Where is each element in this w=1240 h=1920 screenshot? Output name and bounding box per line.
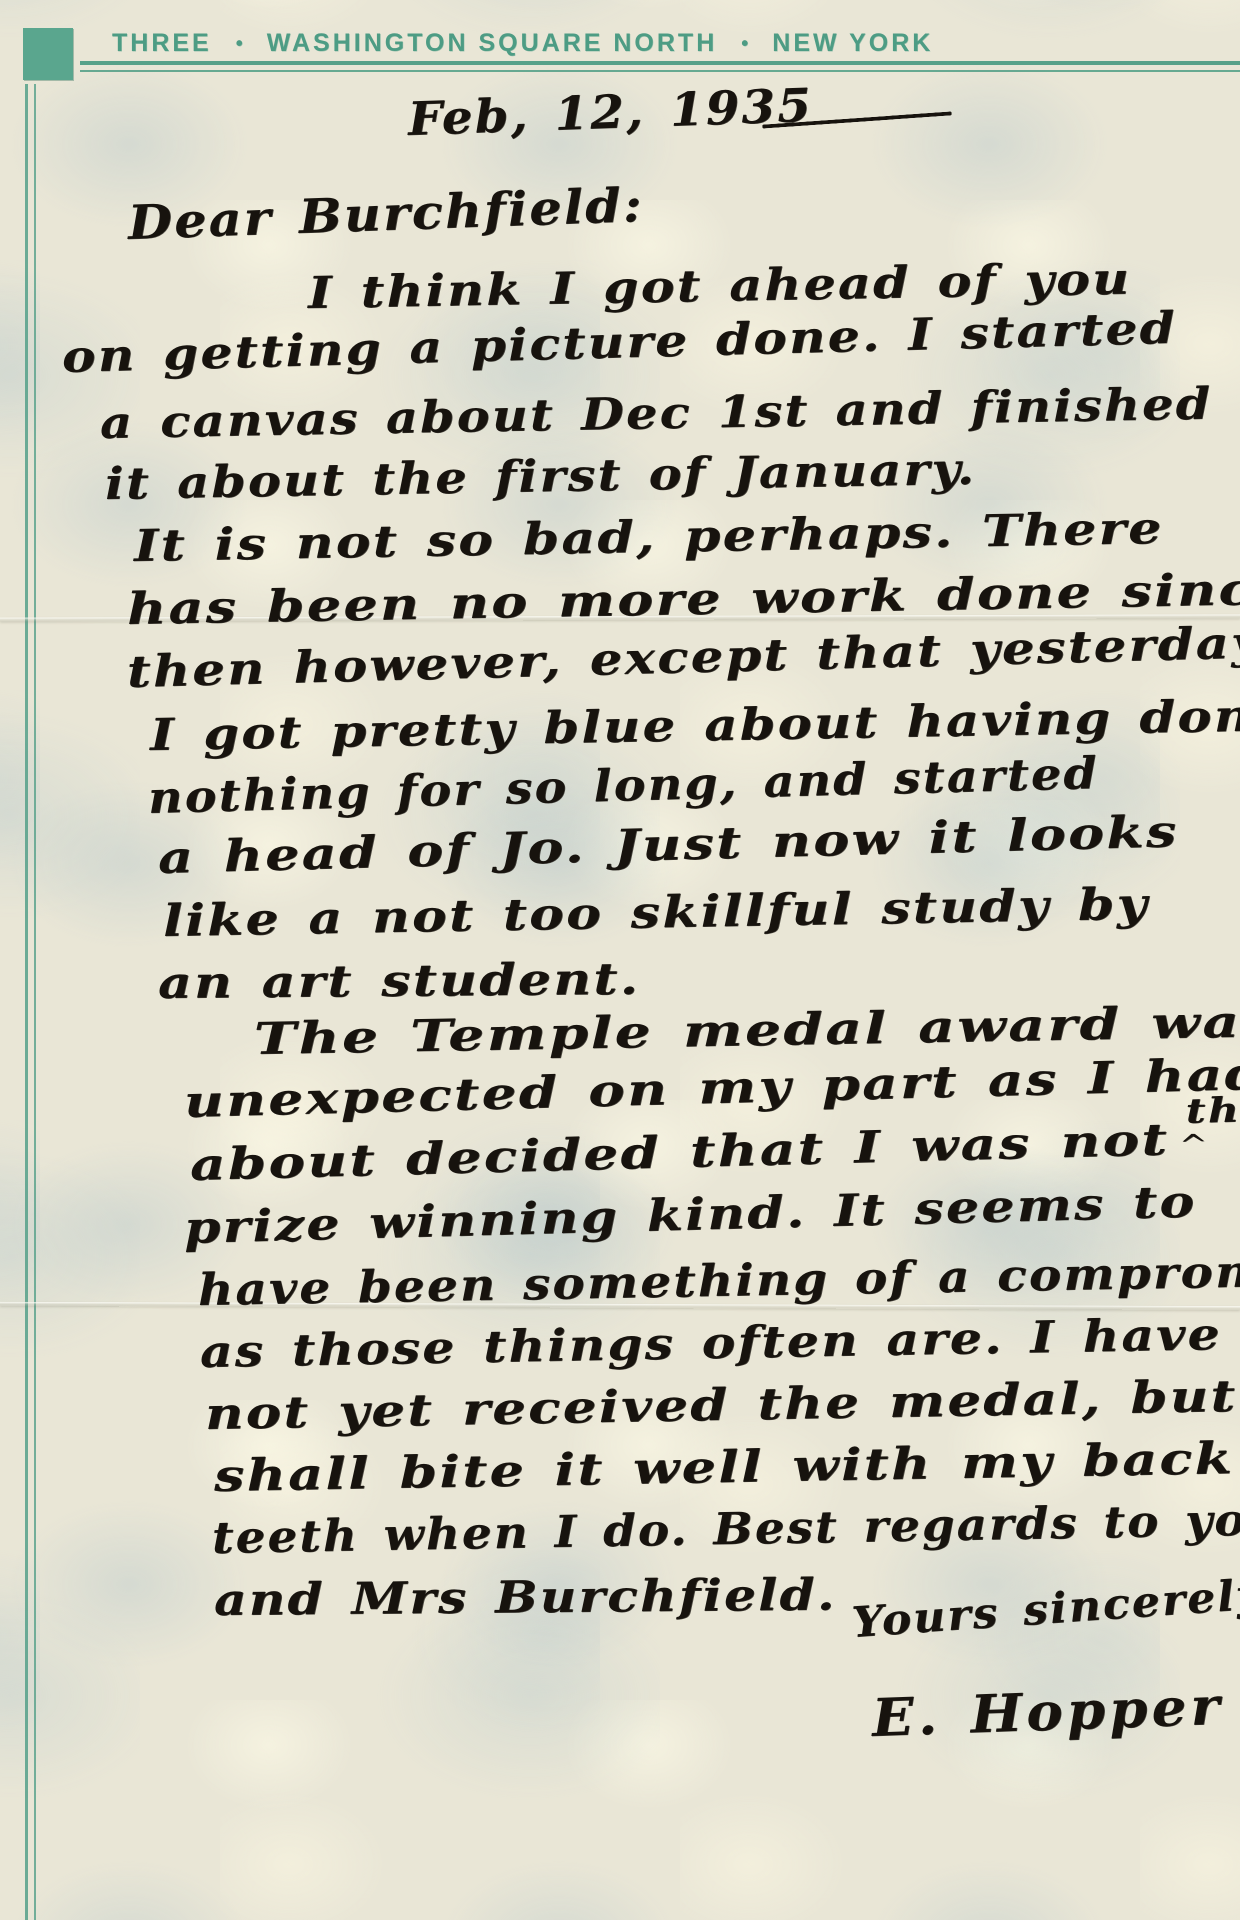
salutation: Dear Burchfield: — [127, 178, 645, 251]
bullet-icon: • — [741, 33, 748, 56]
inserted-word: ^the — [1179, 1142, 1240, 1154]
line-text: about decided that I was not — [189, 1114, 1169, 1191]
handwritten-line: not yet received the medal, but — [205, 1371, 1238, 1440]
letter-date: Feb, 12, 1935 — [407, 78, 814, 146]
letterhead-square-icon — [23, 28, 73, 80]
handwritten-line: teeth when I do. Best regards to you — [212, 1494, 1240, 1564]
handwritten-line: It is not so bad, perhaps. There — [134, 503, 1164, 572]
letterhead-address: THREE • WASHINGTON SQUARE NORTH • NEW YO… — [112, 29, 933, 58]
handwritten-line: like a not too skillful study by — [163, 879, 1150, 947]
handwritten-line: on getting a picture done. I started — [61, 303, 1177, 383]
inserted-word-text: the — [1185, 1090, 1240, 1132]
letterhead-rule-thick — [80, 61, 1240, 65]
handwritten-line: and Mrs Burchfield. — [214, 1570, 837, 1626]
bullet-icon: • — [236, 33, 243, 56]
caret-mark: ^ — [1179, 1129, 1211, 1161]
letterhead-part-street: WASHINGTON SQUARE NORTH — [267, 29, 718, 58]
handwritten-line: a canvas about Dec 1st and finished — [100, 379, 1213, 449]
handwritten-line: an art student. — [158, 954, 641, 1009]
letter-page: THREE • WASHINGTON SQUARE NORTH • NEW YO… — [0, 0, 1240, 1920]
handwritten-line: as those things often are. I have — [200, 1309, 1223, 1378]
closing: Yours sincerely — [850, 1569, 1240, 1647]
letterhead-part-three: THREE — [112, 29, 212, 58]
letterhead-rule-thin — [80, 70, 1240, 72]
letterhead-part-city: NEW YORK — [772, 29, 933, 58]
signature: E. Hopper — [871, 1676, 1225, 1749]
margin-rule-inner — [34, 84, 36, 1920]
handwritten-line: shall bite it well with my back — [214, 1433, 1235, 1502]
handwritten-line: prize winning kind. It seems to — [183, 1176, 1197, 1253]
handwritten-line: it about the first of January. — [105, 444, 977, 510]
margin-rule-outer — [25, 84, 28, 1920]
